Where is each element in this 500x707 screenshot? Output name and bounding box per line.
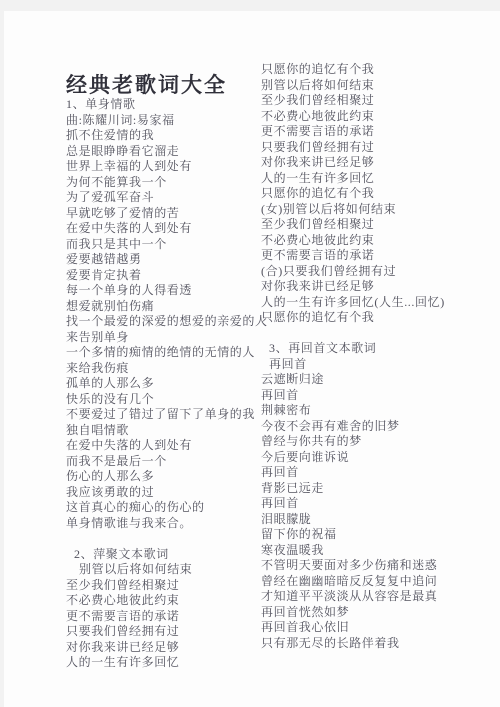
lyric-line: 孤单的人那么多	[66, 376, 268, 392]
lyric-line: 今后要向谁诉说	[261, 450, 445, 466]
lyric-line: 找一个最爱的深爱的想爱的亲爱的人	[66, 314, 268, 330]
lyric-line: 寒夜温暖我	[261, 543, 445, 559]
lyric-line: 只愿你的追忆有个我	[261, 186, 445, 202]
lyric-line: 更不需要言语的承诺	[261, 124, 445, 140]
lyric-line: 2、萍聚文本歌词	[66, 547, 268, 563]
lyric-line: 对你我来讲已经足够	[261, 279, 445, 295]
lyric-line: 曾经在幽幽暗暗反反复复中追问	[261, 574, 445, 590]
lyric-line: 别管以后将如何结束	[261, 78, 445, 94]
lyric-line: 背影已远走	[261, 481, 445, 497]
lyric-line: 曾经与你共有的梦	[261, 434, 445, 450]
lyric-line: 再回首恍然如梦	[261, 605, 445, 621]
lyric-line: 别管以后将如何结束	[66, 562, 268, 578]
lyric-line: 才知道平平淡淡从从容容是最真	[261, 589, 445, 605]
lyric-line: 来给我伤痕	[66, 361, 268, 377]
lyric-line: 快乐的没有几个	[66, 392, 268, 408]
lyric-line: 再回首我心依旧	[261, 620, 445, 636]
lyric-line: 独自唱情歌	[66, 423, 268, 439]
lyric-line: 对你我来讲已经足够	[66, 640, 268, 656]
lyrics-column-right: 只愿你的追忆有个我别管以后将如何结束至少我们曾经相聚过不必费心地彼此约束更不需要…	[261, 62, 445, 651]
lyric-line: 在爱中失落的人到处有	[66, 221, 268, 237]
lyric-line: 只要我们曾经拥有过	[261, 140, 445, 156]
lyric-line: 只有那无尽的长路伴着我	[261, 636, 445, 652]
blank-line	[261, 326, 445, 342]
lyric-line: 再回首	[261, 496, 445, 512]
lyric-line: 再回首	[261, 388, 445, 404]
lyric-line: 一个多情的痴情的绝情的无情的人	[66, 345, 268, 361]
lyric-line: 爱要越错越勇	[66, 252, 268, 268]
lyric-line: 人的一生有许多回忆(人生...回忆)	[261, 295, 445, 311]
lyric-line: 3、再回首文本歌词	[261, 341, 445, 357]
lyric-line: 不必费心地彼此约束	[66, 593, 268, 609]
blank-line	[66, 531, 268, 547]
lyric-line: 来告别单身	[66, 330, 268, 346]
lyric-line: 1、单身情歌	[66, 97, 268, 113]
lyric-line: 再回首	[261, 465, 445, 481]
lyric-line: 更不需要言语的承诺	[66, 609, 268, 625]
lyric-line: 在爱中失落的人到处有	[66, 438, 268, 454]
lyric-line: 单身情歌谁与我来合。	[66, 516, 268, 532]
lyric-line: 对你我来讲已经足够	[261, 155, 445, 171]
lyric-line: 为何不能算我一个	[66, 175, 268, 191]
lyric-line: 而我只是其中一个	[66, 237, 268, 253]
lyric-line: 我应该勇敢的过	[66, 485, 268, 501]
lyric-line: 至少我们曾经相聚过	[261, 93, 445, 109]
page-title: 经典老歌词大全	[66, 69, 227, 99]
lyric-line: 至少我们曾经相聚过	[261, 217, 445, 233]
lyric-line: 再回首	[261, 357, 445, 373]
lyric-line: 泪眼朦胧	[261, 512, 445, 528]
lyric-line: (合)只要我们曾经拥有过	[261, 264, 445, 280]
lyric-line: 为了爱孤军奋斗	[66, 190, 268, 206]
lyric-line: 只要我们曾经拥有过	[66, 624, 268, 640]
lyric-line: 曲:陈耀川词:易家福	[66, 113, 268, 129]
lyric-line: 荆棘密布	[261, 403, 445, 419]
lyric-line: 总是眼睁睁看它溜走	[66, 144, 268, 160]
lyric-line: 这首真心的痴心的伤心的	[66, 500, 268, 516]
lyric-line: 至少我们曾经相聚过	[66, 578, 268, 594]
lyric-line: 不要爱过了错过了留下了单身的我	[66, 407, 268, 423]
lyric-line: 爱要肯定执着	[66, 268, 268, 284]
lyric-line: 人的一生有许多回忆	[66, 655, 268, 671]
lyric-line: 而我不是最后一个	[66, 454, 268, 470]
document-sheet: 经典老歌词大全 1、单身情歌曲:陈耀川词:易家福抓不住爱情的我总是眼睁睁看它溜走…	[4, 11, 500, 707]
lyric-line: 早就吃够了爱情的苦	[66, 206, 268, 222]
lyrics-column-left: 1、单身情歌曲:陈耀川词:易家福抓不住爱情的我总是眼睁睁看它溜走世界上幸福的人到…	[66, 97, 268, 671]
lyric-line: 今夜不会再有难舍的旧梦	[261, 419, 445, 435]
lyric-line: 不管明天要面对多少伤痛和迷惑	[261, 558, 445, 574]
lyric-line: 不必费心地彼此约束	[261, 233, 445, 249]
lyric-line: 更不需要言语的承诺	[261, 248, 445, 264]
lyric-line: 留下你的祝福	[261, 527, 445, 543]
lyric-line: 抓不住爱情的我	[66, 128, 268, 144]
lyric-line: 不必费心地彼此约束	[261, 109, 445, 125]
lyric-line: 伤心的人那么多	[66, 469, 268, 485]
lyric-line: 云遮断归途	[261, 372, 445, 388]
document-page: { "page": { "title": "经典老歌词大全", "colors"…	[0, 0, 500, 707]
lyric-line: 想爱就别怕伤痛	[66, 299, 268, 315]
lyric-line: 世界上幸福的人到处有	[66, 159, 268, 175]
lyric-line: 只愿你的追忆有个我	[261, 62, 445, 78]
lyric-line: 每一个单身的人得看透	[66, 283, 268, 299]
lyric-line: 只愿你的追忆有个我	[261, 310, 445, 326]
lyric-line: (女)别管以后将如何结束	[261, 202, 445, 218]
lyric-line: 人的一生有许多回忆	[261, 171, 445, 187]
